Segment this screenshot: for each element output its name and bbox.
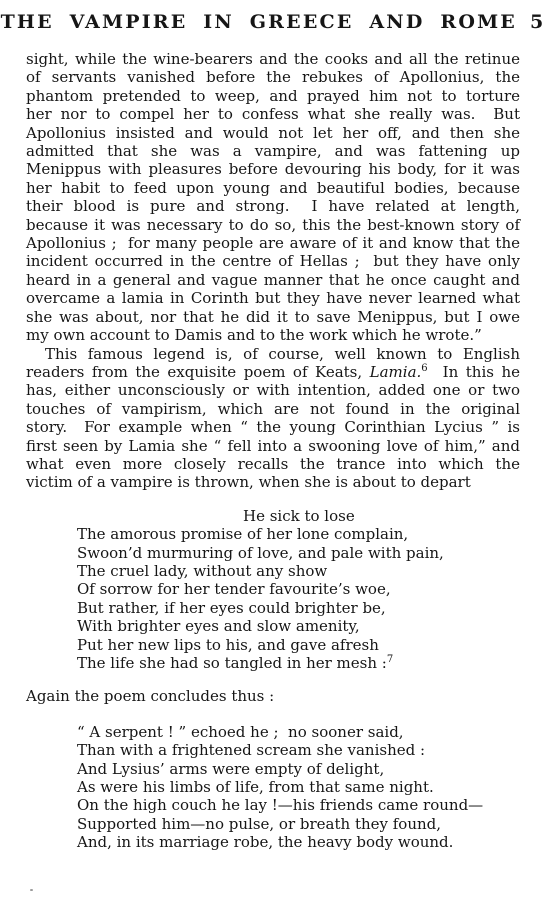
scan-artifact	[30, 889, 33, 891]
text-line: “ A serpent ! ” echoed he ; no sooner sa…	[77, 723, 520, 741]
text-line: As were his limbs of life, from that sam…	[77, 778, 520, 796]
text-line: Put her new lips to his, and gave afresh	[77, 636, 520, 654]
text-line: Menippus with pleasures before devouring…	[26, 160, 520, 178]
text-line: The life she had so tangled in her mesh …	[77, 654, 520, 672]
text-line: because it was necessary to do so, this …	[26, 216, 520, 234]
text-line: Apollonius ; for many people are aware o…	[26, 234, 520, 252]
text-line: of servants vanished before the rebukes …	[26, 68, 520, 86]
paragraph-keats-lamia: This famous legend is, of course, well k…	[26, 345, 520, 492]
text-line: readers from the exquisite poem of Keats…	[26, 363, 520, 381]
running-header: THE VAMPIRE IN GREECE AND ROME 5	[0, 11, 546, 33]
text-line: overcame a lamia in Corinth but they hav…	[26, 289, 520, 307]
text-line: admitted that she was a vampire, and was…	[26, 142, 520, 160]
footnote-reference: 7	[387, 654, 393, 665]
text-line: The cruel lady, without any show	[77, 562, 520, 580]
paragraph-apollonius-story: sight, while the wine-bearers and the co…	[26, 50, 520, 345]
text-line: my own account to Damis and to the work …	[26, 326, 520, 344]
connector-line: Again the poem concludes thus :	[26, 687, 520, 705]
verse-lines-1: The amorous promise of her lone complain…	[77, 525, 520, 672]
text-segment: readers from the exquisite poem of Keats…	[26, 363, 370, 381]
text-line: touches of vampirism, which are not foun…	[26, 400, 520, 418]
text-line: phantom pretended to weep, and prayed hi…	[26, 87, 520, 105]
text-line: Of sorrow for her tender favourite’s woe…	[77, 580, 520, 598]
page-number: 5	[530, 11, 545, 33]
text-line: This famous legend is, of course, well k…	[26, 345, 520, 363]
text-line: Than with a frightened scream she vanish…	[77, 741, 520, 759]
text-line: With brighter eyes and slow amenity,	[77, 617, 520, 635]
text-line: first seen by Lamia she “ fell into a sw…	[26, 437, 520, 455]
italic-title: Lamia.	[370, 363, 422, 381]
text-segment: The life she had so tangled in her mesh …	[77, 654, 387, 672]
text-line: Supported him—no pulse, or breath they f…	[77, 815, 520, 833]
text-line: story. For example when “ the young Cori…	[26, 418, 520, 436]
text-line: sight, while the wine-bearers and the co…	[26, 50, 520, 68]
text-line: heard in a general and vague manner that…	[26, 271, 520, 289]
verse-quote-1: He sick to lose The amorous promise of h…	[77, 507, 520, 673]
text-line: their blood is pure and strong. I have r…	[26, 197, 520, 215]
text-line: But rather, if her eyes could brighter b…	[77, 599, 520, 617]
text-line: what even more closely recalls the tranc…	[26, 455, 520, 473]
text-line: On the high couch he lay !—his friends c…	[77, 796, 520, 814]
text-line: her nor to compel her to confess what sh…	[26, 105, 520, 123]
text-line: has, either unconsciously or with intent…	[26, 381, 520, 399]
text-line: Swoon’d murmuring of love, and pale with…	[77, 544, 520, 562]
text-line: The amorous promise of her lone complain…	[77, 525, 520, 543]
text-line: her habit to feed upon young and beautif…	[26, 179, 520, 197]
text-line: And, in its marriage robe, the heavy bod…	[77, 833, 520, 851]
main-text: sight, while the wine-bearers and the co…	[26, 50, 520, 852]
verse-lines-2: “ A serpent ! ” echoed he ; no sooner sa…	[77, 723, 520, 852]
verse-opening-line: He sick to lose	[243, 507, 520, 525]
text-line: incident occurred in the centre of Hella…	[26, 252, 520, 270]
text-line: victim of a vampire is thrown, when she …	[26, 473, 520, 491]
verse-quote-2: “ A serpent ! ” echoed he ; no sooner sa…	[77, 723, 520, 852]
text-line: And Lysius’ arms were empty of delight,	[77, 760, 520, 778]
text-line: Apollonius insisted and would not let he…	[26, 124, 520, 142]
text-segment: In this he	[428, 363, 520, 381]
chapter-title: THE VAMPIRE IN GREECE AND ROME	[1, 11, 517, 33]
text-line: she was about, nor that he did it to sav…	[26, 308, 520, 326]
book-page: THE VAMPIRE IN GREECE AND ROME 5 sight, …	[0, 0, 546, 922]
